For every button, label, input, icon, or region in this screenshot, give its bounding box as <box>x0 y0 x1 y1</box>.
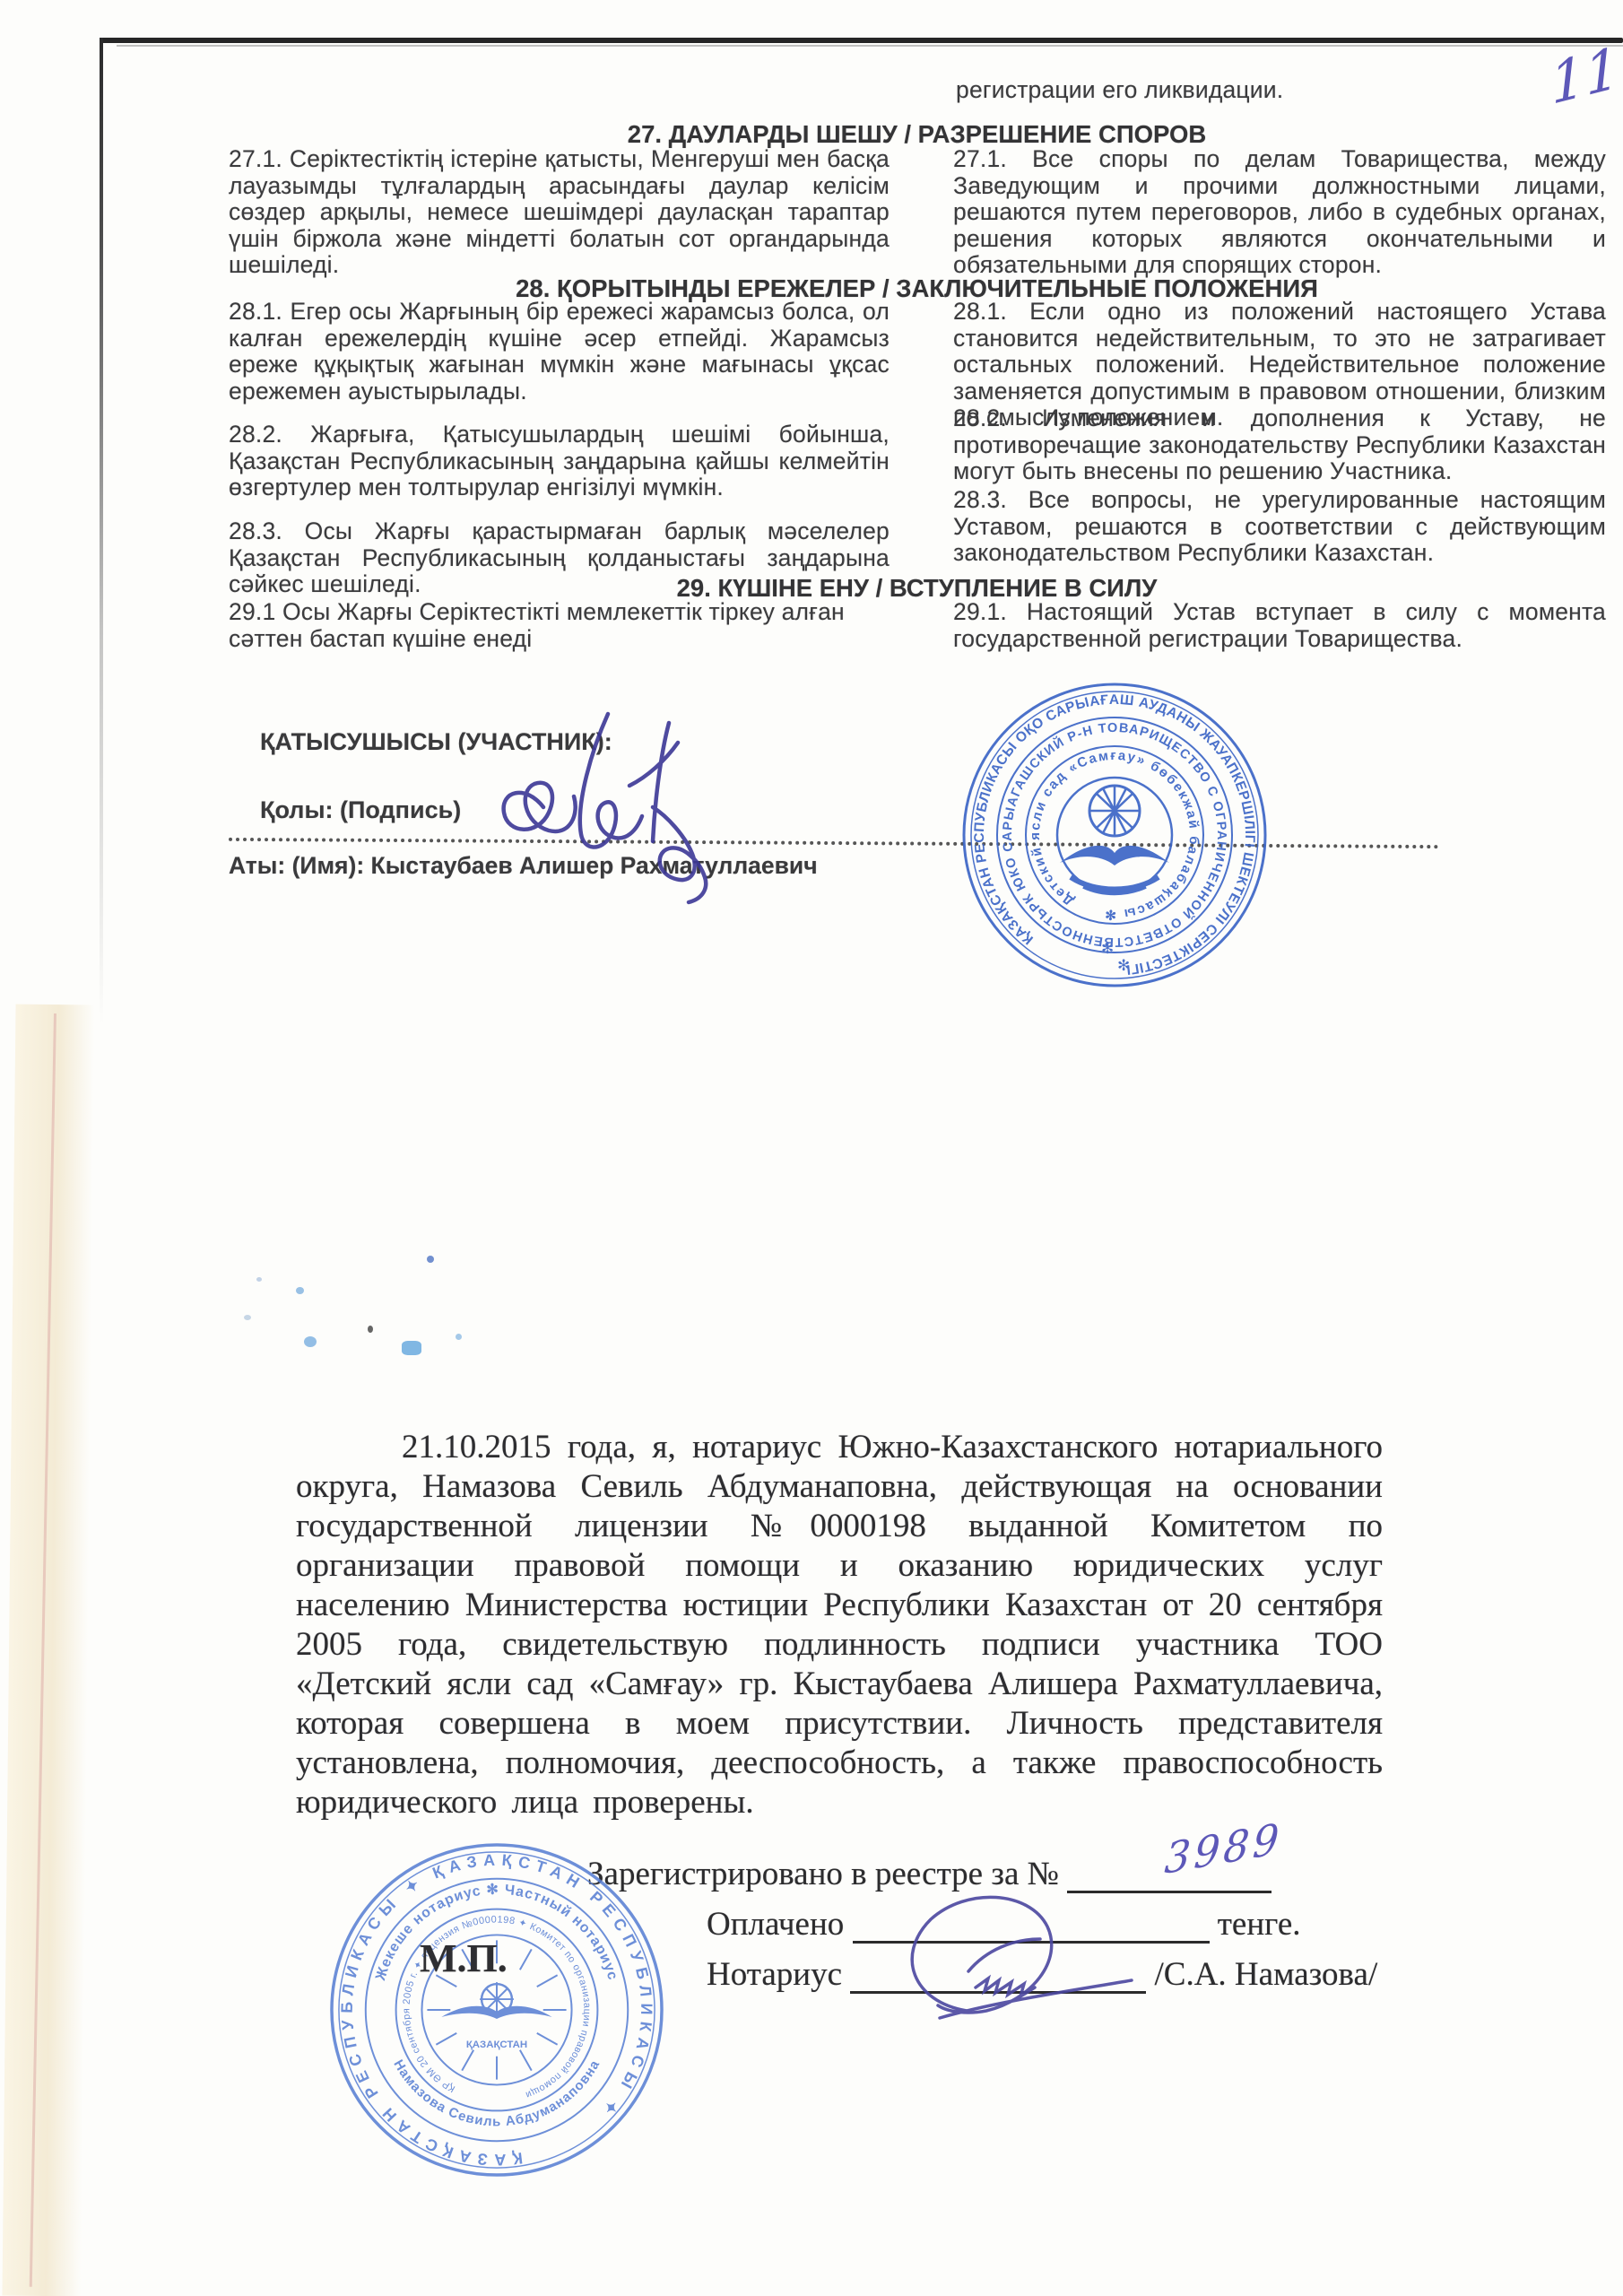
notary-certification-text: 21.10.2015 года, я, нотариус Южно-Казахс… <box>296 1428 1383 1822</box>
ink-speck <box>256 1277 262 1282</box>
company-stamp-star-icon: ✻ <box>1101 940 1114 957</box>
notary-signature-scribble <box>834 1865 1175 2045</box>
section-28-2-kazakh: 28.2. Жарғыға, Қатысушылардың шешімі бой… <box>229 422 890 501</box>
continuation-line: регистрации его ликвидации. <box>956 77 1610 104</box>
scanned-document-page: 11 регистрации его ликвидации. 27. ДАУЛА… <box>0 0 1623 2296</box>
notary-label: Нотариус <box>707 1956 842 1993</box>
ink-speck <box>304 1336 317 1347</box>
underlying-page-edge <box>2 1004 94 2296</box>
seal-place-mark: М.П. <box>420 1935 508 1981</box>
ink-speck <box>368 1326 373 1333</box>
signature-label: Қолы: (Подпись) <box>260 796 461 824</box>
ink-speck <box>296 1287 304 1294</box>
ink-speck <box>456 1334 462 1340</box>
section-27-1-russian: 27.1. Все споры по делам Товарищества, м… <box>953 146 1606 279</box>
section-29-1-kazakh: 29.1 Осы Жарғы Серіктестікті мемлекеттік… <box>229 599 890 652</box>
participant-signature <box>484 698 735 913</box>
name-label: Аты: (Имя): <box>229 852 364 879</box>
scan-left-edge-line <box>100 38 103 1024</box>
paid-currency: тенге. <box>1218 1906 1301 1943</box>
ink-speck <box>427 1256 434 1263</box>
ink-speck <box>244 1315 251 1320</box>
scan-top-edge-line <box>100 38 1623 43</box>
section-29-1-russian: 29.1. Настоящий Устав вступает в силу с … <box>953 599 1606 652</box>
section-28-3-russian: 28.3. Все вопросы, не урегулированные на… <box>953 487 1606 567</box>
section-28-2-russian: 28.2. Изменения и дополнения к Уставу, н… <box>953 405 1606 485</box>
company-stamp-star2-icon: ✻ <box>1117 957 1130 974</box>
notary-stamp-center-label: ҚАЗАҚСТАН <box>466 2039 527 2050</box>
notary-stamp: ҚАЗАҚСТАН РЕСПУБЛИКАСЫ ✦ ҚАЗАҚСТАН РЕСПУ… <box>327 1840 666 2179</box>
ink-speck <box>402 1341 421 1355</box>
section-27-1-kazakh: 27.1. Серіктестіктің істеріне қатысты, М… <box>229 146 890 279</box>
scan-top-edge-shadow <box>117 45 1623 47</box>
company-stamp-emblem-icon <box>1060 786 1169 894</box>
company-stamp: ҚАЗАҚСТАН РЕСПУБЛИКАСЫ ОҚО САРЫАҒАШ АУДА… <box>959 680 1270 990</box>
section-28-1-kazakh: 28.1. Егер осы Жарғының бір ережесі жара… <box>229 299 890 404</box>
notary-name: /С.А. Намазова/ <box>1155 1956 1378 1993</box>
paid-label: Оплачено <box>707 1906 844 1943</box>
